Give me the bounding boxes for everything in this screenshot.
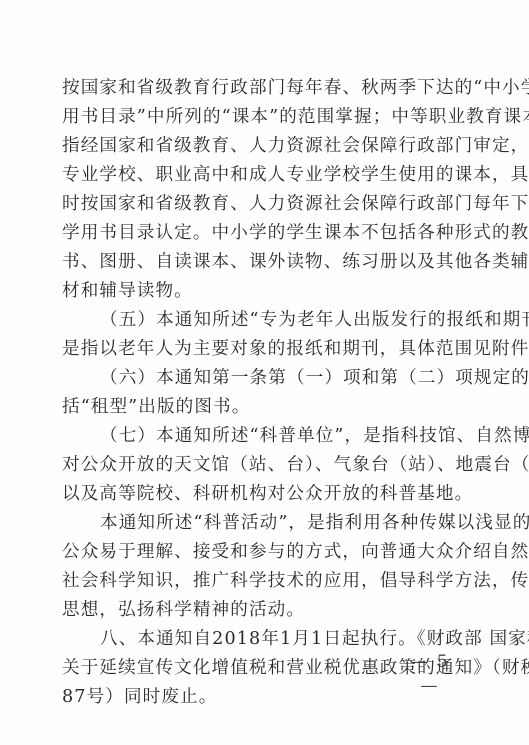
- paragraph-five-start: （五）本通知所述“专为老年人出版发行的报纸和期刊”，: [62, 306, 464, 335]
- text-line: 材和辅导读物。: [62, 277, 464, 306]
- text-line: 社会科学知识，推广科学技术的应用，倡导科学方法，传播科学: [62, 567, 464, 596]
- text-line: 按国家和省级教育行政部门每年春、秋两季下达的“中小学教学: [62, 74, 464, 103]
- text-line: 时按国家和省级教育、人力资源社会保障行政部门每年下达的教: [62, 190, 464, 219]
- paragraph-science-activity-start: 本通知所述“科普活动”，是指利用各种传媒以浅显的、让: [62, 509, 464, 538]
- text-line: 对公众开放的天文馆（站、台）、气象台（站）、地震台（站），: [62, 451, 464, 480]
- paragraph-seven-start: （七）本通知所述“科普单位”，是指科技馆、自然博物馆，: [62, 422, 464, 451]
- paragraph-six-start: （六）本通知第一条第（一）项和第（二）项规定的图书包: [62, 364, 464, 393]
- text-line: 思想，弘扬科学精神的活动。: [62, 596, 464, 625]
- page-number: — 5 —: [400, 650, 460, 698]
- text-line: 书、图册、自读课本、课外读物、练习册以及其他各类辅助性教: [62, 248, 464, 277]
- text-line: 指经国家和省级教育、人力资源社会保障行政部门审定，供中等: [62, 132, 464, 161]
- document-page: 按国家和省级教育行政部门每年春、秋两季下达的“中小学教学 用书目录”中所列的“课…: [0, 0, 529, 745]
- text-line: 学用书目录认定。中小学的学生课本不包括各种形式的教学参考: [62, 219, 464, 248]
- document-body: 按国家和省级教育行政部门每年春、秋两季下达的“中小学教学 用书目录”中所列的“课…: [62, 74, 464, 712]
- text-line: 以及高等院校、科研机构对公众开放的科普基地。: [62, 480, 464, 509]
- text-line: 公众易于理解、接受和参与的方式，向普通大众介绍自然科学和: [62, 538, 464, 567]
- text-line: 是指以老年人为主要对象的报纸和期刊，具体范围见附件4。: [62, 335, 464, 364]
- text-line: 用书目录”中所列的“课本”的范围掌握；中等职业教育课本是: [62, 103, 464, 132]
- text-line: 括“租型”出版的图书。: [62, 393, 464, 422]
- text-line: 专业学校、职业高中和成人专业学校学生使用的课本，具体操作: [62, 161, 464, 190]
